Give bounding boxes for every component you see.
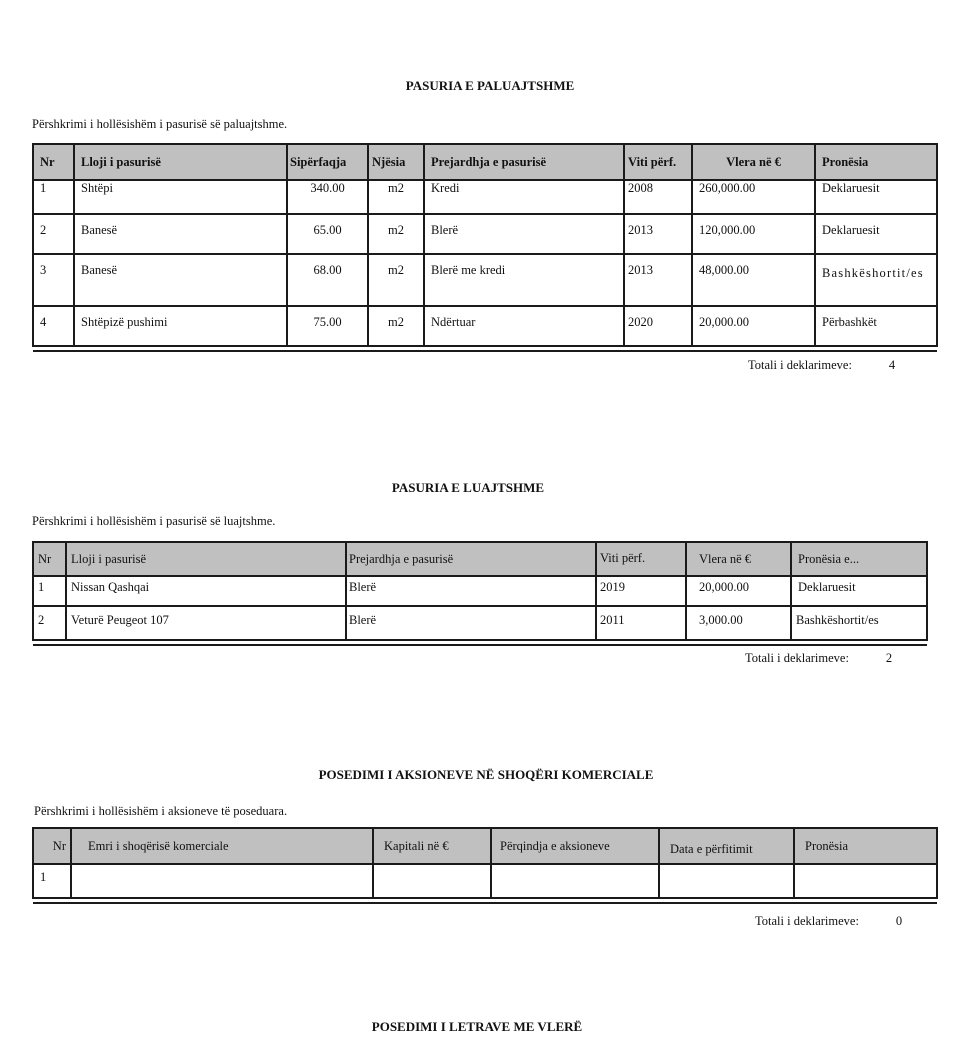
- cell-nr: 3: [33, 254, 74, 306]
- cell-ownership: Bashkëshortit/es: [791, 606, 927, 640]
- cell-ownership: [794, 864, 937, 898]
- header-nr: Nr: [33, 144, 74, 180]
- table-footer-rule: [33, 640, 927, 645]
- cell-nr: 2: [33, 214, 74, 254]
- header-nr: Nr: [33, 828, 71, 864]
- table-header-row: Nr Lloji i pasurisë Prejardhja e pasuris…: [33, 542, 927, 576]
- immovable-section-title: PASURIA E PALUAJTSHME: [0, 78, 980, 94]
- table-row: 3 Banesë 68.00 m2 Blerë me kredi 2013 48…: [33, 254, 937, 306]
- movable-section-title: PASURIA E LUAJTSHME: [0, 480, 958, 496]
- header-percent: Përqindja e aksioneve: [491, 828, 659, 864]
- movable-description: Përshkrimi i hollësishëm i pasurisë së l…: [32, 514, 275, 529]
- securities-section-title: POSEDIMI I LETRAVE ME VLERË: [0, 1019, 967, 1035]
- total-value: 2: [852, 651, 892, 666]
- cell-ownership: Përbashkët: [815, 306, 937, 346]
- header-type: Lloji i pasurisë: [74, 144, 287, 180]
- table-row: 4 Shtëpizë pushimi 75.00 m2 Ndërtuar 202…: [33, 306, 937, 346]
- cell-value: 48,000.00: [692, 254, 815, 306]
- table-header-row: Nr Emri i shoqërisë komerciale Kapitali …: [33, 828, 937, 864]
- cell-area: 65.00: [287, 214, 368, 254]
- header-origin: Prejardhja e pasurisë: [424, 144, 624, 180]
- cell-nr: 1: [33, 576, 66, 606]
- cell-company-name: [71, 864, 373, 898]
- cell-origin: Ndërtuar: [424, 306, 624, 346]
- cell-year: 2008: [624, 180, 692, 214]
- header-value: Vlera në €: [686, 542, 791, 576]
- cell-nr: 1: [33, 864, 71, 898]
- cell-origin: Blerë: [424, 214, 624, 254]
- cell-ownership: Deklaruesit: [791, 576, 927, 606]
- total-label: Totali i deklarimeve:: [748, 358, 852, 372]
- immovable-table: Nr Lloji i pasurisë Sipërfaqja Njësia Pr…: [32, 143, 938, 352]
- table-row: 1: [33, 864, 937, 898]
- header-year: Viti përf.: [624, 144, 692, 180]
- cell-percent: [491, 864, 659, 898]
- movable-table: Nr Lloji i pasurisë Prejardhja e pasuris…: [32, 541, 928, 646]
- table-row: 2 Banesë 65.00 m2 Blerë 2013 120,000.00 …: [33, 214, 937, 254]
- header-ownership: Pronësia: [815, 144, 937, 180]
- table-row: 2 Veturë Peugeot 107 Blerë 2011 3,000.00…: [33, 606, 927, 640]
- cell-value: 120,000.00: [692, 214, 815, 254]
- movable-total: Totali i deklarimeve: 2: [745, 651, 892, 666]
- cell-type: Shtëpi: [74, 180, 287, 214]
- header-ownership: Pronësia e...: [791, 542, 927, 576]
- cell-area: 68.00: [287, 254, 368, 306]
- table-row: 1 Shtëpi 340.00 m2 Kredi 2008 260,000.00…: [33, 180, 937, 214]
- cell-year: 2013: [624, 214, 692, 254]
- cell-nr: 4: [33, 306, 74, 346]
- cell-value: 260,000.00: [692, 180, 815, 214]
- cell-unit: m2: [368, 306, 424, 346]
- header-value: Vlera në €: [692, 144, 815, 180]
- cell-nr: 2: [33, 606, 66, 640]
- header-ownership: Pronësia: [794, 828, 937, 864]
- cell-origin: Blerë: [346, 606, 596, 640]
- cell-value: 20,000.00: [686, 576, 791, 606]
- cell-value: 20,000.00: [692, 306, 815, 346]
- total-value: 0: [862, 914, 902, 929]
- cell-unit: m2: [368, 254, 424, 306]
- shares-table: Nr Emri i shoqërisë komerciale Kapitali …: [32, 827, 938, 904]
- header-nr: Nr: [33, 542, 66, 576]
- header-company-name: Emri i shoqërisë komerciale: [71, 828, 373, 864]
- cell-date: [659, 864, 794, 898]
- header-year: Viti përf.: [596, 542, 686, 576]
- cell-year: 2013: [624, 254, 692, 306]
- table-row: 1 Nissan Qashqai Blerë 2019 20,000.00 De…: [33, 576, 927, 606]
- cell-origin: Blerë: [346, 576, 596, 606]
- cell-nr: 1: [33, 180, 74, 214]
- cell-unit: m2: [368, 214, 424, 254]
- cell-type: Veturë Peugeot 107: [66, 606, 346, 640]
- immovable-total: Totali i deklarimeve: 4: [748, 358, 895, 373]
- cell-year: 2011: [596, 606, 686, 640]
- cell-capital: [373, 864, 491, 898]
- table-footer-rule: [33, 898, 937, 903]
- cell-area: 340.00: [287, 180, 368, 214]
- cell-year: 2019: [596, 576, 686, 606]
- cell-type: Nissan Qashqai: [66, 576, 346, 606]
- cell-ownership: Deklaruesit: [815, 180, 937, 214]
- cell-year: 2020: [624, 306, 692, 346]
- shares-description: Përshkrimi i hollësishëm i aksioneve të …: [34, 804, 287, 819]
- total-value: 4: [855, 358, 895, 373]
- table-header-row: Nr Lloji i pasurisë Sipërfaqja Njësia Pr…: [33, 144, 937, 180]
- table-footer-rule: [33, 346, 937, 351]
- shares-total: Totali i deklarimeve: 0: [755, 914, 902, 929]
- total-label: Totali i deklarimeve:: [755, 914, 859, 928]
- cell-origin: Blerë me kredi: [424, 254, 624, 306]
- header-date: Data e përfitimit: [659, 828, 794, 864]
- cell-type: Banesë: [74, 254, 287, 306]
- cell-unit: m2: [368, 180, 424, 214]
- cell-value: 3,000.00: [686, 606, 791, 640]
- cell-type: Banesë: [74, 214, 287, 254]
- header-area: Sipërfaqja: [287, 144, 368, 180]
- immovable-description: Përshkrimi i hollësishëm i pasurisë së p…: [32, 117, 287, 132]
- cell-ownership: Bashkëshortit/es: [815, 254, 937, 306]
- total-label: Totali i deklarimeve:: [745, 651, 849, 665]
- cell-origin: Kredi: [424, 180, 624, 214]
- header-type: Lloji i pasurisë: [66, 542, 346, 576]
- cell-type: Shtëpizë pushimi: [74, 306, 287, 346]
- cell-ownership: Deklaruesit: [815, 214, 937, 254]
- header-capital: Kapitali në €: [373, 828, 491, 864]
- header-unit: Njësia: [368, 144, 424, 180]
- cell-area: 75.00: [287, 306, 368, 346]
- header-origin: Prejardhja e pasurisë: [346, 542, 596, 576]
- shares-section-title: POSEDIMI I AKSIONEVE NË SHOQËRI KOMERCIA…: [0, 767, 976, 783]
